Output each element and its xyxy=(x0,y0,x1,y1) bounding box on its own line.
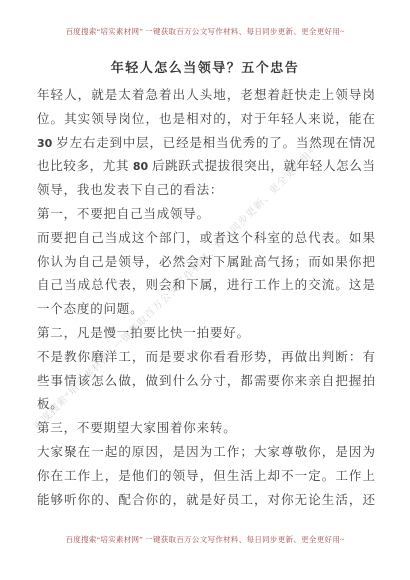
header-promo-text: 百度搜索“培实素材网” 一键获取百万公文写作材料、每日同步更新、更全更好用~ xyxy=(0,26,410,37)
body-line: 第二，凡是慢一拍要比快一拍要好。 xyxy=(37,322,375,346)
footer-promo-text: 百度搜索“培实素材网” 一键获取百万公文写作材料、每日同步更新、更全更好用~ xyxy=(0,534,410,545)
body-line: 能够听你的、配合你的，就是好员工，对你无论生活，还 xyxy=(37,489,375,513)
body-line: 一个态度的问题。 xyxy=(37,298,375,322)
body-line: 第一，不要把自己当成领导。 xyxy=(37,203,375,227)
body-line: 30 岁左右走到中层，已经是相当优秀的了。当然现在情况 xyxy=(37,132,375,156)
body-line: 第三，不要期望大家围着你来转。 xyxy=(37,417,375,441)
body-line: 板。 xyxy=(37,393,375,417)
document-title: 年轻人怎么当领导？五个忠告 xyxy=(0,57,410,76)
body-line: 你在工作上，是他们的领导，但生活上却不一定。工作上 xyxy=(37,465,375,489)
body-line: 位。其实领导岗位，也是相对的，对于年轻人来说，能在 xyxy=(37,108,375,132)
body-line: 领导，我也发表下自己的看法： xyxy=(37,179,375,203)
body-line: 也比较多，尤其 80 后跳跃式提拔很突出，就年轻人怎么当 xyxy=(37,155,375,179)
body-line: 些事情该怎么做，做到什么分寸，都需要你来亲自把握拍 xyxy=(37,370,375,394)
body-line: 不是教你磨洋工，而是要求你看看形势，再做出判断：有 xyxy=(37,346,375,370)
body-line: 你认为自己是领导，必然会对下属趾高气扬；而如果你把 xyxy=(37,251,375,275)
body-line: 自己当成总代表，则会和下属，进行工作上的交流。这是 xyxy=(37,274,375,298)
body-line: 年轻人，就是太着急着出人头地，老想着赶快走上领导岗 xyxy=(37,84,375,108)
document-page: 百度搜索“培实素材网” 一键获取百万公文写作材料、每日同步更新、更全更好用~ 百… xyxy=(0,0,410,580)
body-line: 大家聚在一起的原因，是因为工作；大家尊敬你，是因为 xyxy=(37,441,375,465)
document-body: 年轻人，就是太着急着出人头地，老想着赶快走上领导岗位。其实领导岗位，也是相对的，… xyxy=(37,84,375,512)
body-line: 而要把自己当成这个部门，或者这个科室的总代表。如果 xyxy=(37,227,375,251)
